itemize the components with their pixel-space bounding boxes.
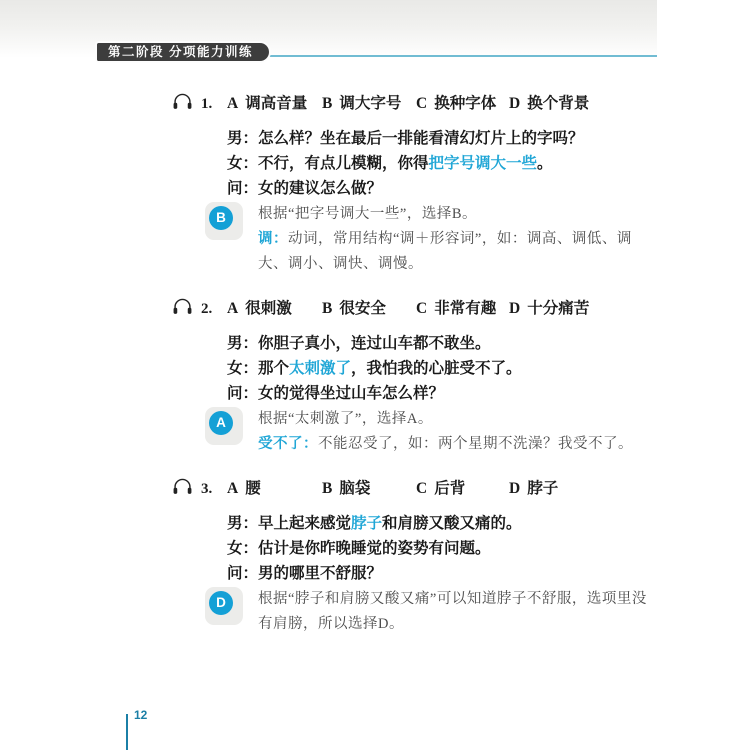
explanation-text: 根据“脖子和肩膀又酸又痛”可以知道脖子不舒服，选项里没有肩膀，所以选择D。 — [258, 587, 650, 637]
option-A: A很刺激 — [227, 299, 322, 319]
option-text: 调高音量 — [245, 95, 307, 112]
option-key: D — [509, 300, 520, 317]
headphone-icon — [172, 477, 201, 495]
dialogue-text: 女的觉得坐过山车怎么样？ — [258, 385, 444, 402]
dialogue-line: 问：男的哪里不舒服？ — [172, 561, 650, 586]
explanation-text: 根据“把字号调大一些”，选择B。调：动词，常用结构“调＋形容词”，如：调高、调低… — [258, 202, 650, 277]
explanation-row: B 根据“把字号调大一些”，选择B。调：动词，常用结构“调＋形容词”，如：调高、… — [172, 202, 650, 277]
option-key: C — [416, 300, 427, 317]
option-text: 很安全 — [339, 300, 386, 317]
dialogue-text: 不行，有点儿模糊，你得 — [258, 155, 429, 172]
dialogue-line: 问：女的建议怎么做？ — [172, 176, 650, 201]
dialogue-text: 早上起来感觉 — [258, 515, 351, 532]
explanation-body: 动词，常用结构“调＋形容词”，如：调高、调低、调大、调小、调快、调慢。 — [258, 231, 632, 272]
option-key: B — [322, 480, 332, 497]
explanation-line: 根据“脖子和肩膀又酸又痛”可以知道脖子不舒服，选项里没有肩膀，所以选择D。 — [258, 587, 650, 637]
dialogue-highlight: 太刺激了 — [289, 360, 351, 377]
dialogue-text: 女的建议怎么做？ — [258, 180, 382, 197]
dialogue-speaker: 女： — [227, 155, 258, 172]
option-B: B很安全 — [322, 299, 416, 319]
explanation-body: 根据“把字号调大一些”，选择B。 — [258, 206, 477, 222]
dialogue-speaker: 女： — [227, 360, 258, 377]
explanation-line: 根据“太刺激了”，选择A。 — [258, 407, 650, 432]
explanation-body: 根据“太刺激了”，选择A。 — [258, 411, 433, 427]
dialogue-group: 男：怎么样？坐在最后一排能看清幻灯片上的字吗？女：不行，有点儿模糊，你得把字号调… — [172, 126, 650, 201]
dialogue-text: 怎么样？坐在最后一排能看清幻灯片上的字吗？ — [258, 130, 584, 147]
option-B: B调大字号 — [322, 94, 416, 114]
option-C: C换种字体 — [416, 94, 509, 114]
options-row: 2. A很刺激B很安全C非常有趣D十分痛苦 — [172, 295, 650, 319]
question-number: 2. — [201, 299, 227, 319]
dialogue-text-after: 和肩膀又酸又痛的。 — [382, 515, 522, 532]
option-D: D脖子 — [509, 479, 558, 499]
explanation-body: 不能忍受了，如：两个星期不洗澡？我受不了。 — [318, 436, 633, 452]
dialogue-speaker: 问： — [227, 565, 258, 582]
dialogue-text-after: ，我怕我的心脏受不了。 — [351, 360, 522, 377]
dialogue-text: 那个 — [258, 360, 289, 377]
page-number: 12 — [134, 708, 147, 722]
question-number: 1. — [201, 94, 227, 114]
dialogue-group: 男：你胆子真小，连过山车都不敢坐。女：那个太刺激了，我怕我的心脏受不了。问：女的… — [172, 331, 650, 406]
header-rule-line — [230, 55, 657, 57]
page-content: 1. A调高音量B调大字号C换种字体D换个背景 男：怎么样？坐在最后一排能看清幻… — [172, 90, 650, 655]
dialogue-speaker: 男： — [227, 335, 258, 352]
dialogue-speaker: 问： — [227, 385, 258, 402]
question-block: 2. A很刺激B很安全C非常有趣D十分痛苦 男：你胆子真小，连过山车都不敢坐。女… — [172, 295, 650, 457]
option-key: A — [227, 300, 238, 317]
question-number: 3. — [201, 479, 227, 499]
section-badge: 第二阶段 分项能力训练 — [97, 43, 269, 61]
answer-badge: D — [205, 587, 243, 625]
option-B: B脑袋 — [322, 479, 416, 499]
answer-letter: B — [209, 206, 233, 230]
dialogue-text-after: 。 — [537, 155, 553, 172]
option-key: B — [322, 95, 332, 112]
answer-letter: D — [209, 591, 233, 615]
option-text: 脑袋 — [339, 480, 370, 497]
explanation-text: 根据“太刺激了”，选择A。受不了：不能忍受了，如：两个星期不洗澡？我受不了。 — [258, 407, 650, 457]
option-text: 后背 — [434, 480, 465, 497]
option-text: 十分痛苦 — [527, 300, 589, 317]
headphone-icon — [172, 92, 201, 110]
option-A: A调高音量 — [227, 94, 322, 114]
question-block: 3. A腰B脑袋C后背D脖子 男：早上起来感觉脖子和肩膀又酸又痛的。女：估计是你… — [172, 475, 650, 637]
option-key: C — [416, 480, 427, 497]
option-key: B — [322, 300, 332, 317]
dialogue-line: 女：不行，有点儿模糊，你得把字号调大一些。 — [172, 151, 650, 176]
option-C: C非常有趣 — [416, 299, 509, 319]
dialogue-line: 男：早上起来感觉脖子和肩膀又酸又痛的。 — [172, 511, 650, 536]
answer-badge: A — [205, 407, 243, 445]
option-text: 脖子 — [527, 480, 558, 497]
dialogue-speaker: 问： — [227, 180, 258, 197]
dialogue-speaker: 男： — [227, 515, 258, 532]
option-text: 非常有趣 — [434, 300, 496, 317]
answer-letter: A — [209, 411, 233, 435]
dialogue-line: 女：估计是你昨晚睡觉的姿势有问题。 — [172, 536, 650, 561]
option-text: 很刺激 — [245, 300, 292, 317]
option-D: D十分痛苦 — [509, 299, 589, 319]
options-row: 3. A腰B脑袋C后背D脖子 — [172, 475, 650, 499]
answer-badge: B — [205, 202, 243, 240]
headphone-icon — [172, 297, 201, 315]
options-row: 1. A调高音量B调大字号C换种字体D换个背景 — [172, 90, 650, 114]
option-D: D换个背景 — [509, 94, 589, 114]
option-key: A — [227, 480, 238, 497]
dialogue-text: 估计是你昨晚睡觉的姿势有问题。 — [258, 540, 491, 557]
dialogue-highlight: 把字号调大一些 — [429, 155, 538, 172]
dialogue-speaker: 女： — [227, 540, 258, 557]
option-text: 调大字号 — [339, 95, 401, 112]
option-text: 换个背景 — [527, 95, 589, 112]
option-C: C后背 — [416, 479, 509, 499]
explanation-row: A 根据“太刺激了”，选择A。受不了：不能忍受了，如：两个星期不洗澡？我受不了。 — [172, 407, 650, 457]
option-text: 腰 — [245, 480, 261, 497]
dialogue-line: 男：你胆子真小，连过山车都不敢坐。 — [172, 331, 650, 356]
dialogue-highlight: 脖子 — [351, 515, 382, 532]
explanation-body: 根据“脖子和肩膀又酸又痛”可以知道脖子不舒服，选项里没有肩膀，所以选择D。 — [258, 591, 647, 632]
dialogue-line: 女：那个太刺激了，我怕我的心脏受不了。 — [172, 356, 650, 381]
page-header: 第二阶段 分项能力训练 — [0, 0, 750, 70]
footer-divider-line — [126, 714, 128, 750]
dialogue-line: 男：怎么样？坐在最后一排能看清幻灯片上的字吗？ — [172, 126, 650, 151]
dialogue-text: 你胆子真小，连过山车都不敢坐。 — [258, 335, 491, 352]
explanation-row: D 根据“脖子和肩膀又酸又痛”可以知道脖子不舒服，选项里没有肩膀，所以选择D。 — [172, 587, 650, 637]
dialogue-line: 问：女的觉得坐过山车怎么样？ — [172, 381, 650, 406]
dialogue-speaker: 男： — [227, 130, 258, 147]
dialogue-group: 男：早上起来感觉脖子和肩膀又酸又痛的。女：估计是你昨晚睡觉的姿势有问题。问：男的… — [172, 511, 650, 586]
explanation-line: 受不了：不能忍受了，如：两个星期不洗澡？我受不了。 — [258, 432, 650, 457]
option-key: D — [509, 95, 520, 112]
option-A: A腰 — [227, 479, 322, 499]
option-text: 换种字体 — [434, 95, 496, 112]
option-key: A — [227, 95, 238, 112]
explanation-lead: 受不了： — [258, 436, 318, 452]
dialogue-text: 男的哪里不舒服？ — [258, 565, 382, 582]
question-block: 1. A调高音量B调大字号C换种字体D换个背景 男：怎么样？坐在最后一排能看清幻… — [172, 90, 650, 277]
explanation-line: 根据“把字号调大一些”，选择B。 — [258, 202, 650, 227]
option-key: C — [416, 95, 427, 112]
option-key: D — [509, 480, 520, 497]
explanation-lead: 调： — [258, 231, 288, 247]
explanation-line: 调：动词，常用结构“调＋形容词”，如：调高、调低、调大、调小、调快、调慢。 — [258, 227, 650, 277]
